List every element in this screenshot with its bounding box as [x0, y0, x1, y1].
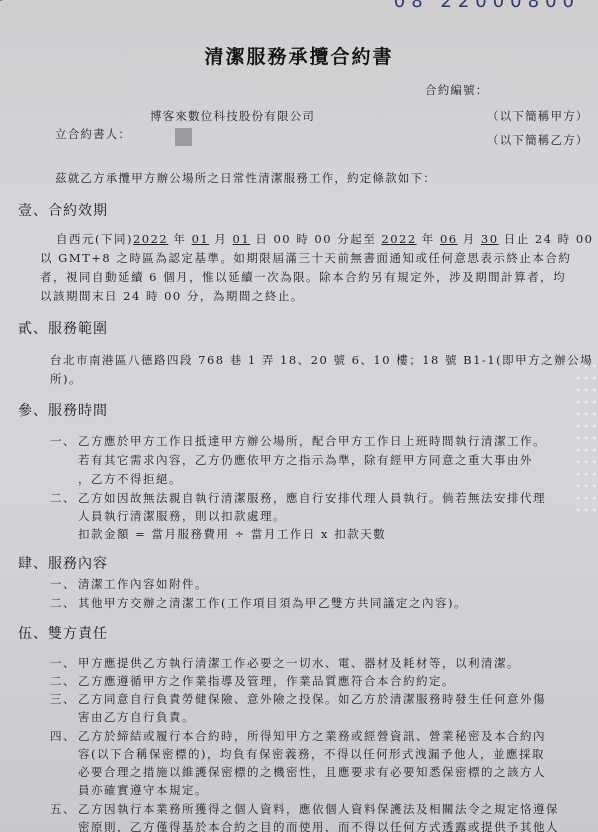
- section-heading-term: 壹、合約效期: [18, 200, 108, 220]
- content-item-2: 其他甲方交辦之清潔工作(工作項目須為甲乙雙方共同議定之內容)。: [78, 594, 467, 614]
- term-line-1: 自西元(下同)2022 年 01 月 01 日 00 時 00 分起至 2022…: [56, 230, 598, 250]
- contract-number-label: 合約編號：: [425, 82, 489, 98]
- resp-item-3-num: 三、: [50, 690, 76, 710]
- resp-item-3-line-1: 乙方同意自行負責勞健保險、意外險之投保。如乙方於清潔服務時發生任何意外傷: [78, 690, 546, 710]
- section-heading-hours: 參、服務時間: [18, 400, 108, 420]
- stamp-number: 08 22000800: [394, 0, 580, 12]
- signatory-label: 立合約書人：: [55, 126, 131, 142]
- document-title: 清潔服務承攬合約書: [0, 42, 598, 69]
- content-item-2-num: 二、: [50, 594, 76, 614]
- resp-item-4-line-3: 必要合理之措施以維護保密標的之機密性，且應要求有必要知悉保密標的之該方人: [78, 763, 546, 783]
- resp-item-5-num: 五、: [50, 800, 76, 820]
- resp-item-4-num: 四、: [50, 727, 76, 747]
- hours-item-1-line-2: 若有其它需求內容，乙方仍應依甲方之指示為準，除有經甲方同意之重大事由外: [78, 451, 533, 471]
- redacted-party-b-name: [175, 128, 192, 146]
- section-heading-responsibilities: 伍、雙方責任: [18, 623, 108, 643]
- party-a-alias: （以下簡稱甲方）: [487, 108, 589, 124]
- resp-item-5-line-1: 乙方因執行本業務所獲得之個人資料，應依個人資料保護法及相關法令之規定恪遵保: [78, 800, 559, 820]
- resp-item-5-line-2: 密原則，乙方僅得基於本合約之目的而使用，而不得以任何方式透露或提供予其他人: [78, 818, 559, 832]
- content-item-1-num: 一、: [50, 575, 76, 595]
- resp-item-2-num: 二、: [50, 672, 76, 692]
- resp-item-3-line-2: 害由乙方自行負責。: [78, 708, 195, 728]
- resp-item-1-num: 一、: [50, 654, 76, 674]
- hours-item-1-line-3: ，乙方不得拒絕。: [78, 470, 182, 490]
- term-line-4: 以該期間末日 24 時 00 分，為期間之終止。: [40, 287, 304, 307]
- scope-line-1: 台北市南港區八德路四段 768 巷 1 弄 18、20 號 6、10 樓；18 …: [50, 351, 593, 371]
- content-item-1: 清潔工作內容如附件。: [78, 575, 208, 595]
- resp-item-4-line-4: 員亦確實遵守本規定。: [78, 781, 208, 801]
- hours-item-1-num: 一、: [50, 432, 76, 452]
- deduction-formula: 扣款金額 = 當月服務費用 ÷ 當月工作日 x 扣款天數: [78, 525, 386, 545]
- resp-item-4-line-1: 乙方於締結或履行本合約時，所得知甲方之業務或經營資訊、營業秘密及本合約內: [78, 727, 546, 747]
- term-line-3: 者，視同自動延續 6 個月，惟以延續一次為限。除本合約另有規定外，涉及期間計算者…: [40, 268, 566, 288]
- resp-item-1-line-1: 甲方應提供乙方執行清潔工作必要之一切水、電、器材及耗材等，以利清潔。: [78, 654, 520, 674]
- resp-item-2-line-1: 乙方應遵循甲方之作業指導及管理，作業品質應符合本合約約定。: [78, 672, 455, 692]
- hours-item-2-num: 二、: [50, 489, 76, 509]
- scope-line-2: 所)。: [50, 370, 82, 390]
- party-b-alias: （以下簡稱乙方）: [487, 132, 589, 148]
- preamble: 茲就乙方承攬甲方辦公場所之日常性清潔服務工作，約定條款如下：: [55, 170, 436, 186]
- paper-edge: [0, 0, 19, 5]
- binder-holes: [574, 360, 596, 520]
- term-line-2: 以 GMT+8 之時區為認定基準。如期限屆滿三十天前無書面通知或任何意思表示終止…: [40, 249, 571, 269]
- hours-item-1-line-1: 乙方應於甲方工作日抵達甲方辦公場所，配合甲方工作日上班時間執行清潔工作。: [78, 432, 546, 452]
- party-a-name: 博客來數位科技股份有限公司: [150, 108, 315, 124]
- hours-item-2-line-1: 乙方如因故無法親自執行清潔服務，應自行安排代理人員執行。倘若無法安排代理: [78, 489, 546, 509]
- contract-page: 08 22000800 清潔服務承攬合約書 合約編號： 博客來數位科技股份有限公…: [0, 0, 598, 832]
- section-heading-content: 肆、服務內容: [18, 553, 108, 573]
- resp-item-4-line-2: 容(以下合稱保密標的)，均負有保密義務，不得以任何形式洩漏予他人，並應採取: [78, 745, 545, 765]
- hours-item-2-line-2: 人員執行清潔服務，則以扣款處理。: [78, 507, 286, 527]
- section-heading-scope: 貳、服務範圍: [18, 318, 108, 338]
